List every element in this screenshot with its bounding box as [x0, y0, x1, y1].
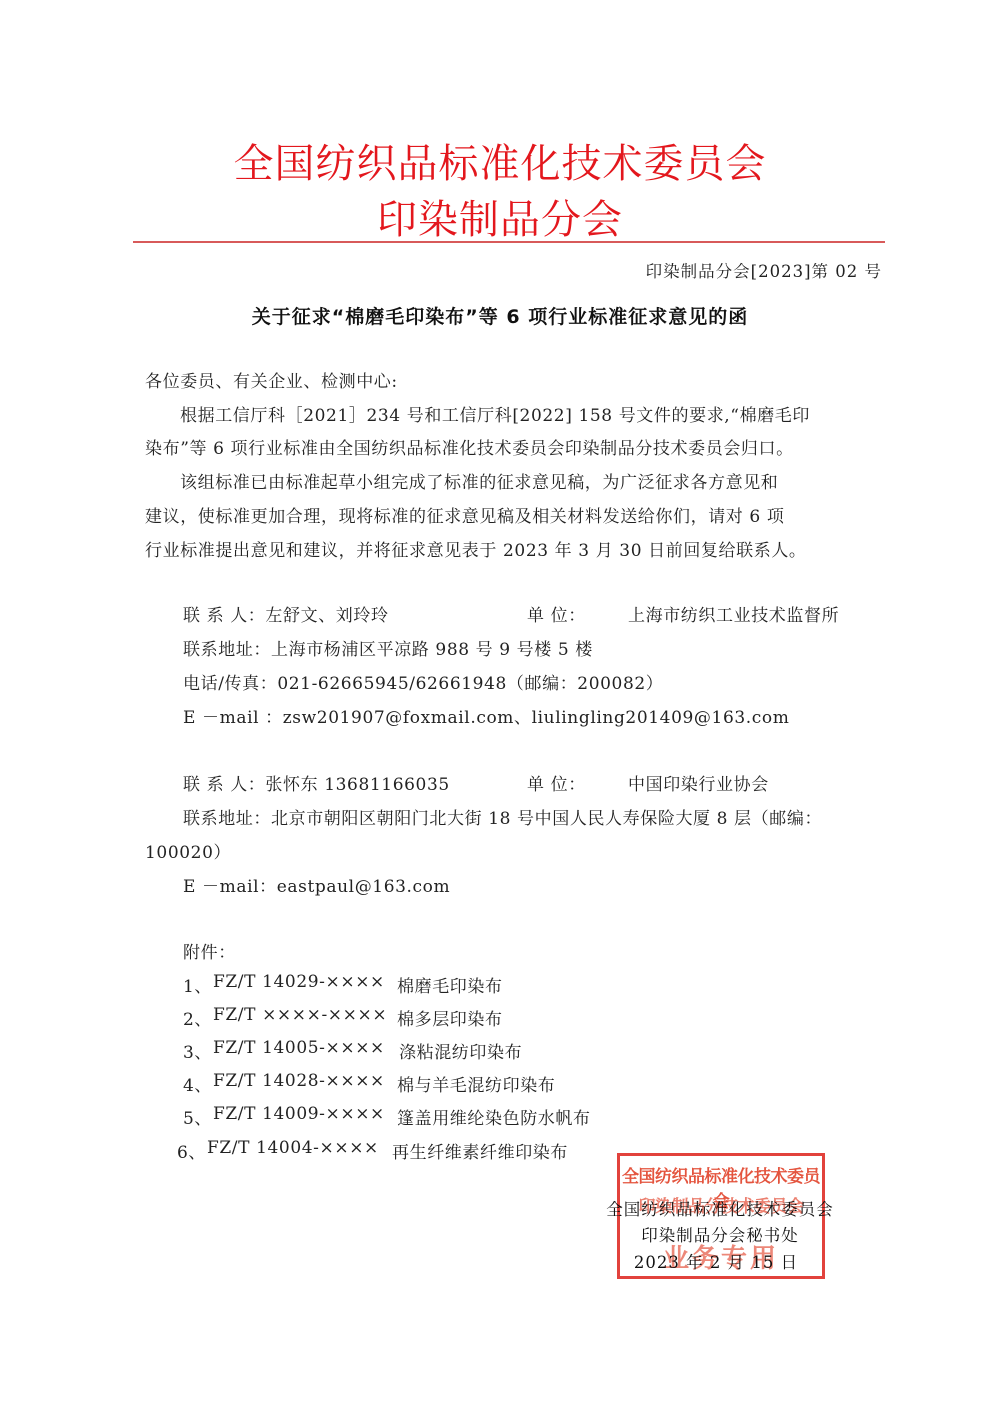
contact-1-unit: 上海市纺织工业技术监督所 — [628, 601, 839, 626]
paragraph-1-line-1: 根据工信厅科［2021］234 号和工信厅科[2022] 158 号文件的要求,… — [180, 401, 810, 426]
contact-1-unit-label: 单 位： — [527, 601, 586, 626]
contact-1-phone: 电话/传真：021-62665945/62661948（邮编：200082） — [183, 669, 663, 694]
document-subject: 关于征求“棉磨毛印染布”等 6 项行业标准征求意见的函 — [0, 302, 1000, 329]
contact-1-address: 联系地址：上海市杨浦区平凉路 988 号 9 号楼 5 楼 — [183, 635, 593, 660]
attachments-label: 附件： — [183, 938, 236, 963]
attachment-code: FZ/T 14004-×××× — [207, 1138, 379, 1158]
contact-1-person: 联 系 人：左舒文、刘玲玲 — [183, 601, 389, 626]
attachment-number: 6、 — [177, 1138, 206, 1163]
signature-date: 2023 年 2 月 15 日 — [556, 1249, 876, 1273]
attachment-code: FZ/T 14005-×××× — [213, 1038, 385, 1058]
attachment-code: FZ/T 14009-×××× — [213, 1104, 385, 1124]
attachment-name: 篷盖用维纶染色防水帆布 — [397, 1104, 591, 1129]
contact-2-address: 联系地址：北京市朝阳区朝阳门北大街 18 号中国人民人寿保险大厦 8 层（邮编： — [183, 804, 822, 829]
letterhead-subtitle: 印染制品分会 — [0, 188, 1000, 245]
attachment-code: FZ/T 14028-×××× — [213, 1071, 385, 1091]
contact-2-unit-label: 单 位： — [527, 770, 586, 795]
paragraph-1-line-2: 染布”等 6 项行业标准由全国纺织品标准化技术委员会印染制品分技术委员会归口。 — [145, 434, 794, 459]
signature-organization: 全国纺织品标准化技术委员会 — [560, 1196, 880, 1220]
attachment-number: 1、 — [183, 972, 212, 997]
attachment-name: 涤粘混纺印染布 — [399, 1038, 522, 1063]
contact-2-email[interactable]: E －mail：eastpaul@163.com — [183, 872, 450, 897]
paragraph-2-line-1: 该组标准已由标准起草小组完成了标准的征求意见稿，为广泛征求各方意见和 — [180, 468, 778, 493]
attachment-number: 3、 — [183, 1038, 212, 1063]
paragraph-2-line-2: 建议，使标准更加合理，现将标准的征求意见稿及相关材料发送给你们，请对 6 项 — [145, 502, 784, 527]
contact-2-address-cont: 100020） — [145, 838, 231, 863]
paragraph-2-line-3: 行业标准提出意见和建议，并将征求意见表于 2023 年 3 月 30 日前回复给… — [145, 536, 807, 561]
letterhead-title: 全国纺织品标准化技术委员会 — [0, 132, 1000, 189]
contact-2-person: 联 系 人：张怀东 13681166035 — [183, 770, 450, 795]
attachment-name: 棉磨毛印染布 — [397, 972, 503, 997]
salutation: 各位委员、有关企业、检测中心: — [145, 367, 398, 392]
attachment-name: 棉多层印染布 — [397, 1005, 503, 1030]
attachment-code: FZ/T 14029-×××× — [213, 972, 385, 992]
attachment-number: 5、 — [183, 1104, 212, 1129]
contact-1-email[interactable]: E －mail ：zsw201907@foxmail.com、liulingli… — [183, 703, 789, 728]
document-number: 印染制品分会[2023]第 02 号 — [646, 258, 882, 282]
contact-2-unit: 中国印染行业协会 — [628, 770, 769, 795]
attachment-name: 棉与羊毛混纺印染布 — [397, 1071, 555, 1096]
attachment-code: FZ/T ××××-×××× — [213, 1005, 387, 1025]
letterhead-divider — [133, 241, 885, 243]
signature-office: 印染制品分会秘书处 — [560, 1222, 880, 1246]
attachment-name: 再生纤维素纤维印染布 — [392, 1138, 568, 1163]
attachment-number: 4、 — [183, 1071, 212, 1096]
attachment-number: 2、 — [183, 1005, 212, 1030]
